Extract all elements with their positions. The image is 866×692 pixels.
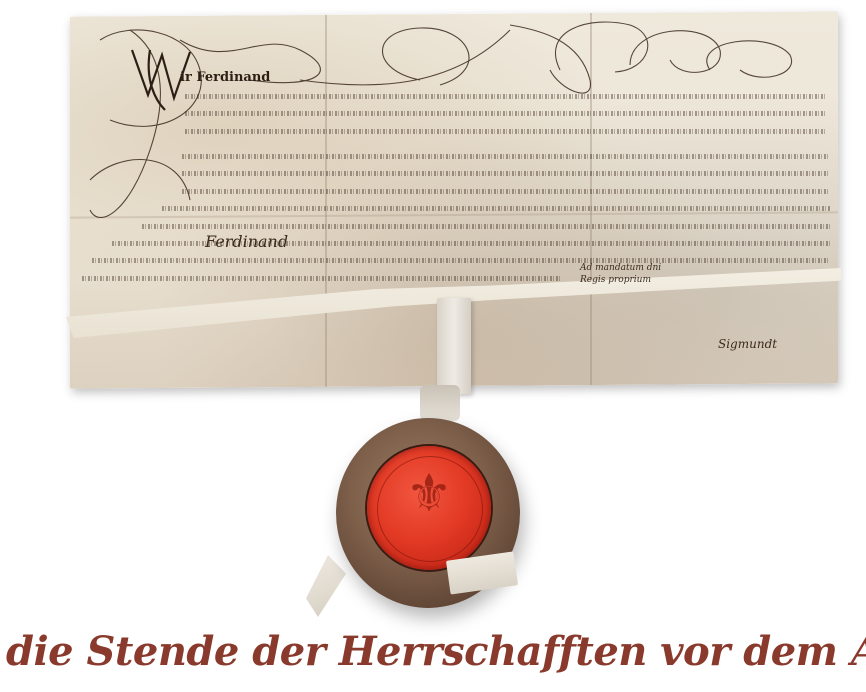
seal-strap <box>437 298 471 394</box>
text-line: vnnser Erben vnnd nachkumben offenlich m… <box>185 105 825 119</box>
charter-text-block: nien ec. König Infant in Hispanien Ertzh… <box>185 88 825 140</box>
charter-figure: ir Ferdinand nien ec. König Infant in Hi… <box>0 0 866 692</box>
text-line: gerechtigkait, Rechten vnnd Gewonhaiten … <box>142 218 830 232</box>
double-headed-eagle-icon: ⚜ <box>367 468 491 520</box>
text-line: denz Sonnenberg Hochenegkh vnnd Newburg … <box>185 123 825 137</box>
text-line: der Stat Wienn am vierzehenden tag des m… <box>92 252 830 266</box>
strap-end-left <box>306 555 346 617</box>
signature-secretary: Sigmundt <box>718 337 777 351</box>
seal-strap-loop <box>420 385 460 421</box>
text-line: der Grenitzen gegen den Türkhen aus sond… <box>182 148 830 162</box>
text-line: vnnd dem Lannd zu guetem vnnd gnadenrich… <box>182 183 830 197</box>
text-line: dem anndern vnnserer Reiche des Römische… <box>82 270 562 284</box>
text-line: Das sy solche hilff aus freyem willen vn… <box>162 200 830 214</box>
charter-text-block-full: der Grenitzen gegen den Türkhen aus sond… <box>72 148 830 287</box>
caption-text: die Stende der Herrschafften vor dem Arl… <box>6 628 866 675</box>
signature-ad-mandatum: Ad mandatum dni Regis proprium <box>580 262 680 286</box>
text-line: nien ec. König Infant in Hispanien Ertzh… <box>185 88 825 102</box>
text-line: biss her zu vnnser furderung vnnd vnsers… <box>182 165 830 179</box>
opening-word: ir Ferdinand <box>180 70 270 85</box>
